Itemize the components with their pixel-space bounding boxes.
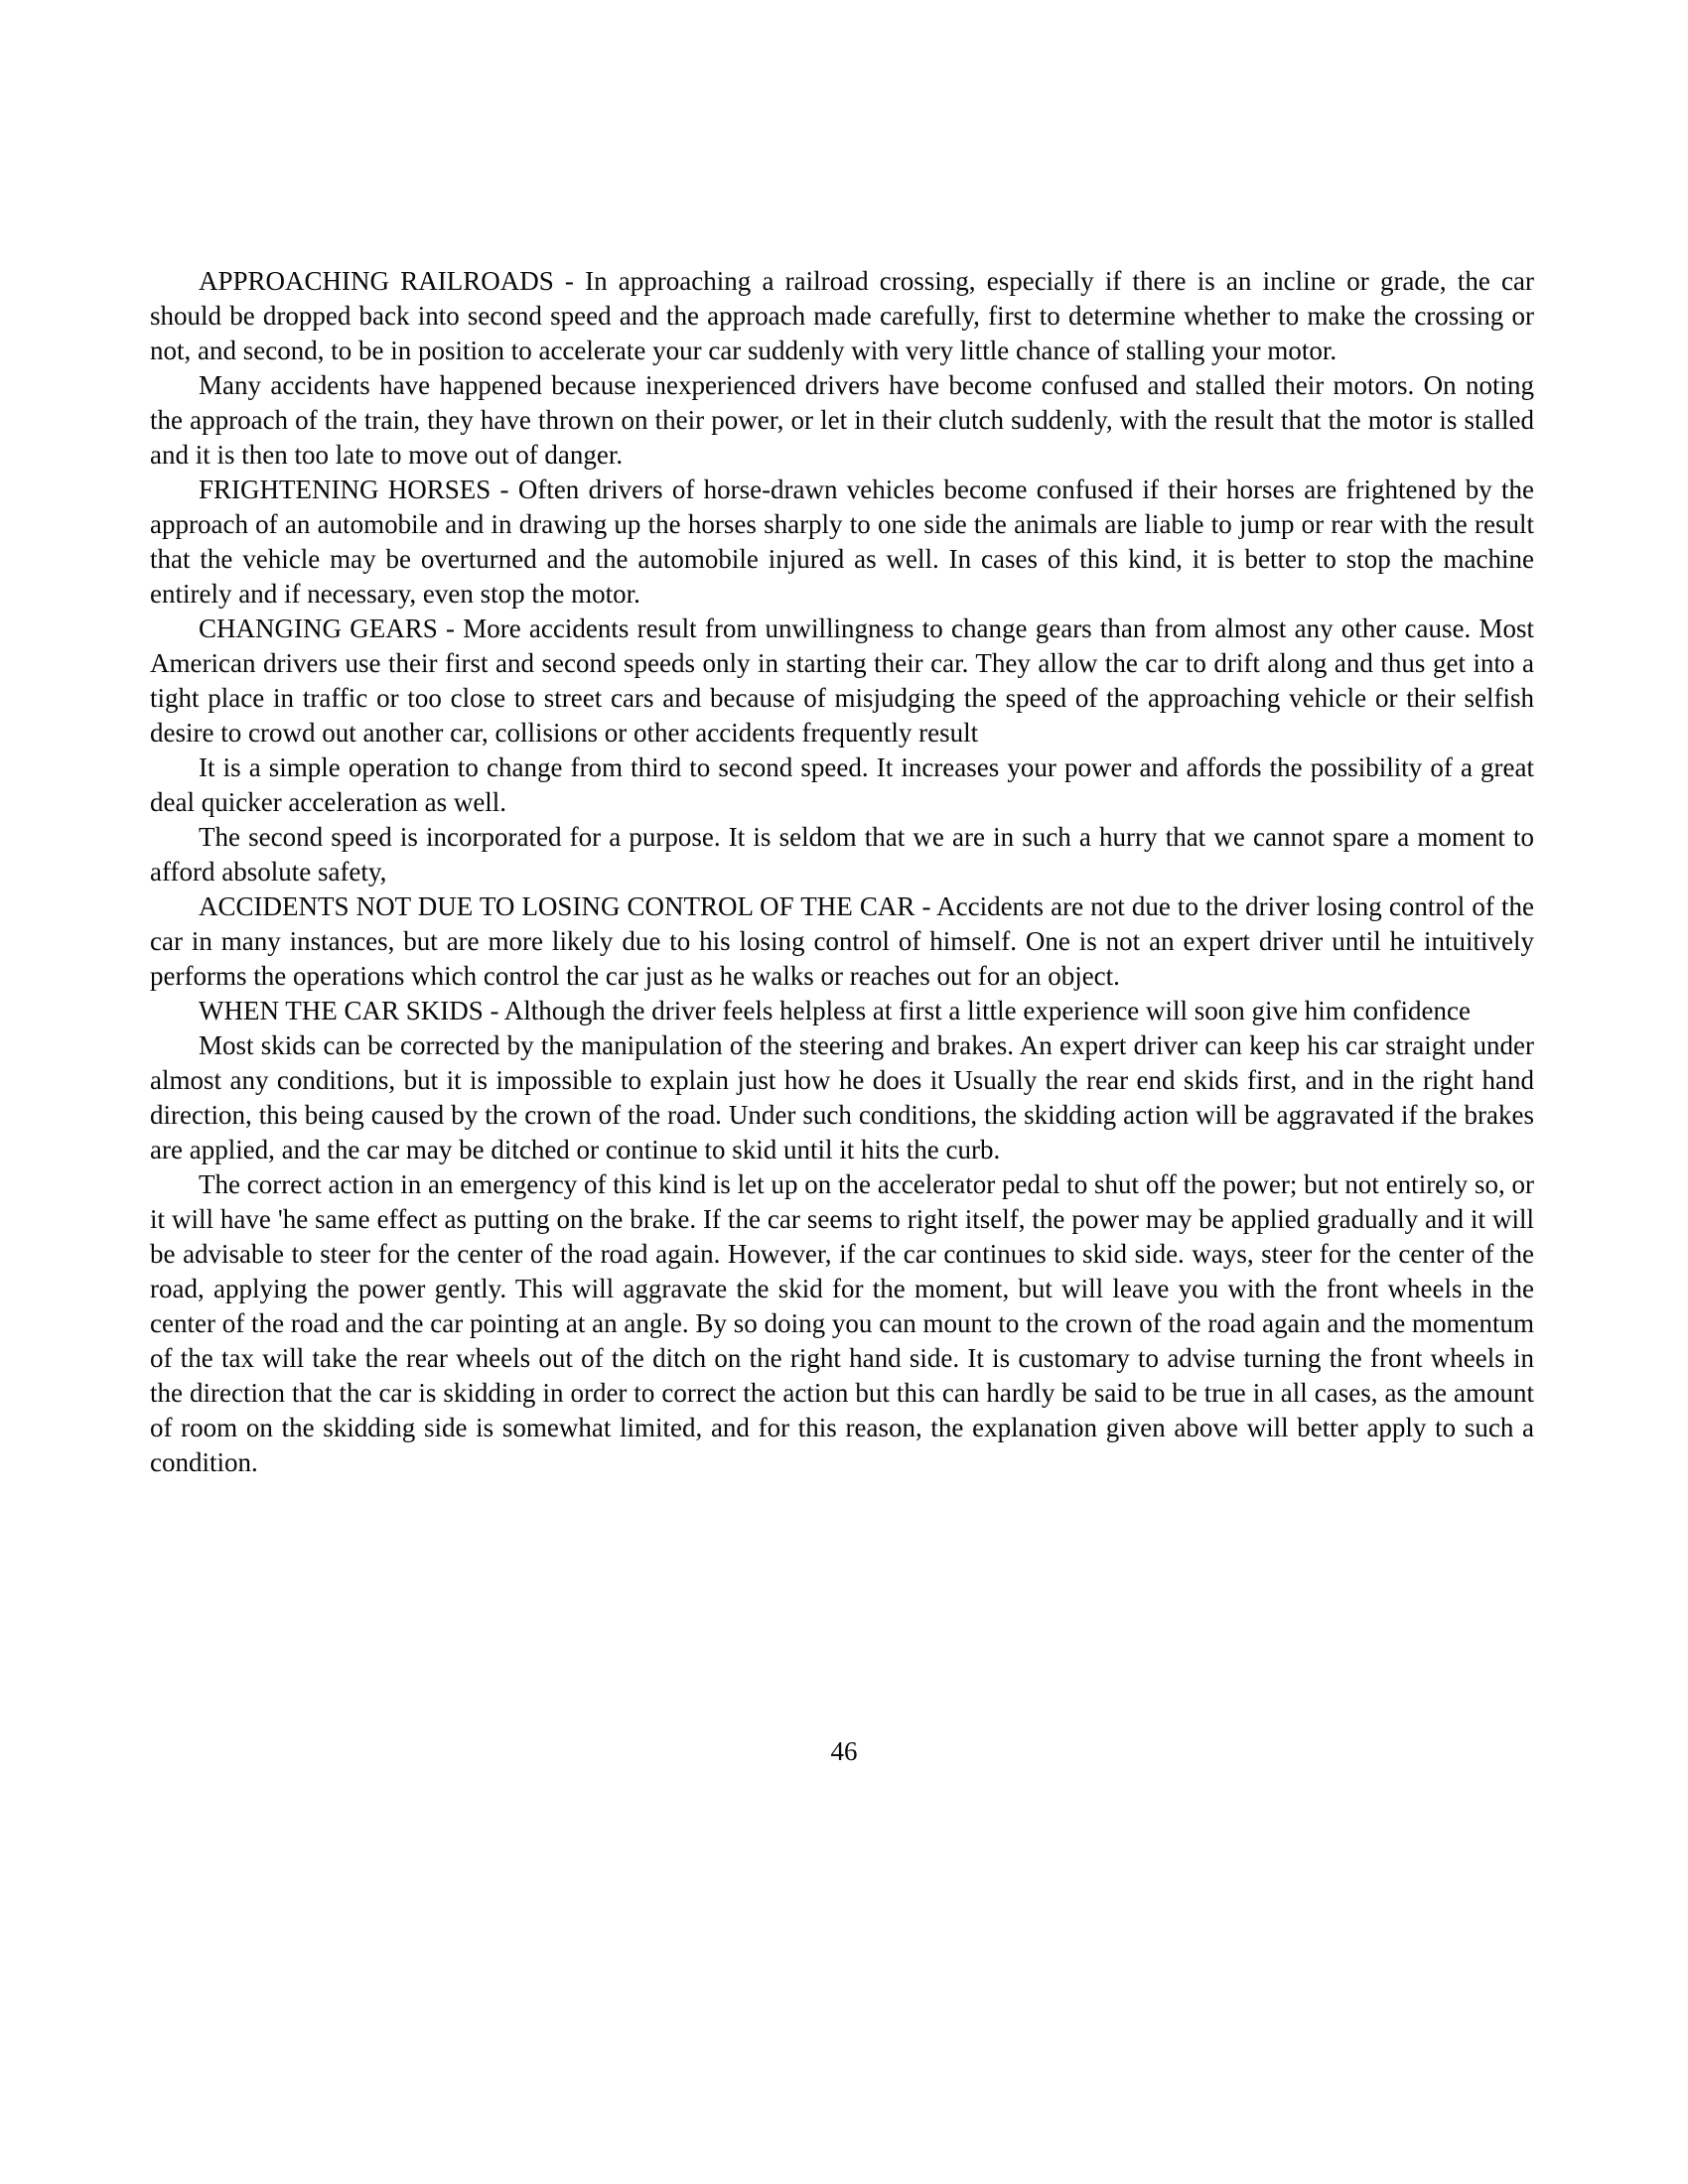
paragraph-correcting-skids: Most skids can be corrected by the manip… bbox=[150, 1028, 1534, 1167]
paragraph-second-speed-purpose: The second speed is incorporated for a p… bbox=[150, 820, 1534, 889]
page-number: 46 bbox=[0, 1734, 1688, 1769]
page-body: APPROACHING RAILROADS - In approaching a… bbox=[150, 264, 1534, 1480]
paragraph-frightening-horses: FRIGHTENING HORSES - Often drivers of ho… bbox=[150, 473, 1534, 612]
paragraph-third-to-second-speed: It is a simple operation to change from … bbox=[150, 751, 1534, 820]
paragraph-when-car-skids: WHEN THE CAR SKIDS - Although the driver… bbox=[150, 994, 1534, 1028]
paragraph-losing-control: ACCIDENTS NOT DUE TO LOSING CONTROL OF T… bbox=[150, 889, 1534, 994]
paragraph-approaching-railroads: APPROACHING RAILROADS - In approaching a… bbox=[150, 264, 1534, 368]
paragraph-correct-action: The correct action in an emergency of th… bbox=[150, 1167, 1534, 1480]
paragraph-changing-gears: CHANGING GEARS - More accidents result f… bbox=[150, 612, 1534, 751]
paragraph-stalled-motors: Many accidents have happened because ine… bbox=[150, 368, 1534, 473]
